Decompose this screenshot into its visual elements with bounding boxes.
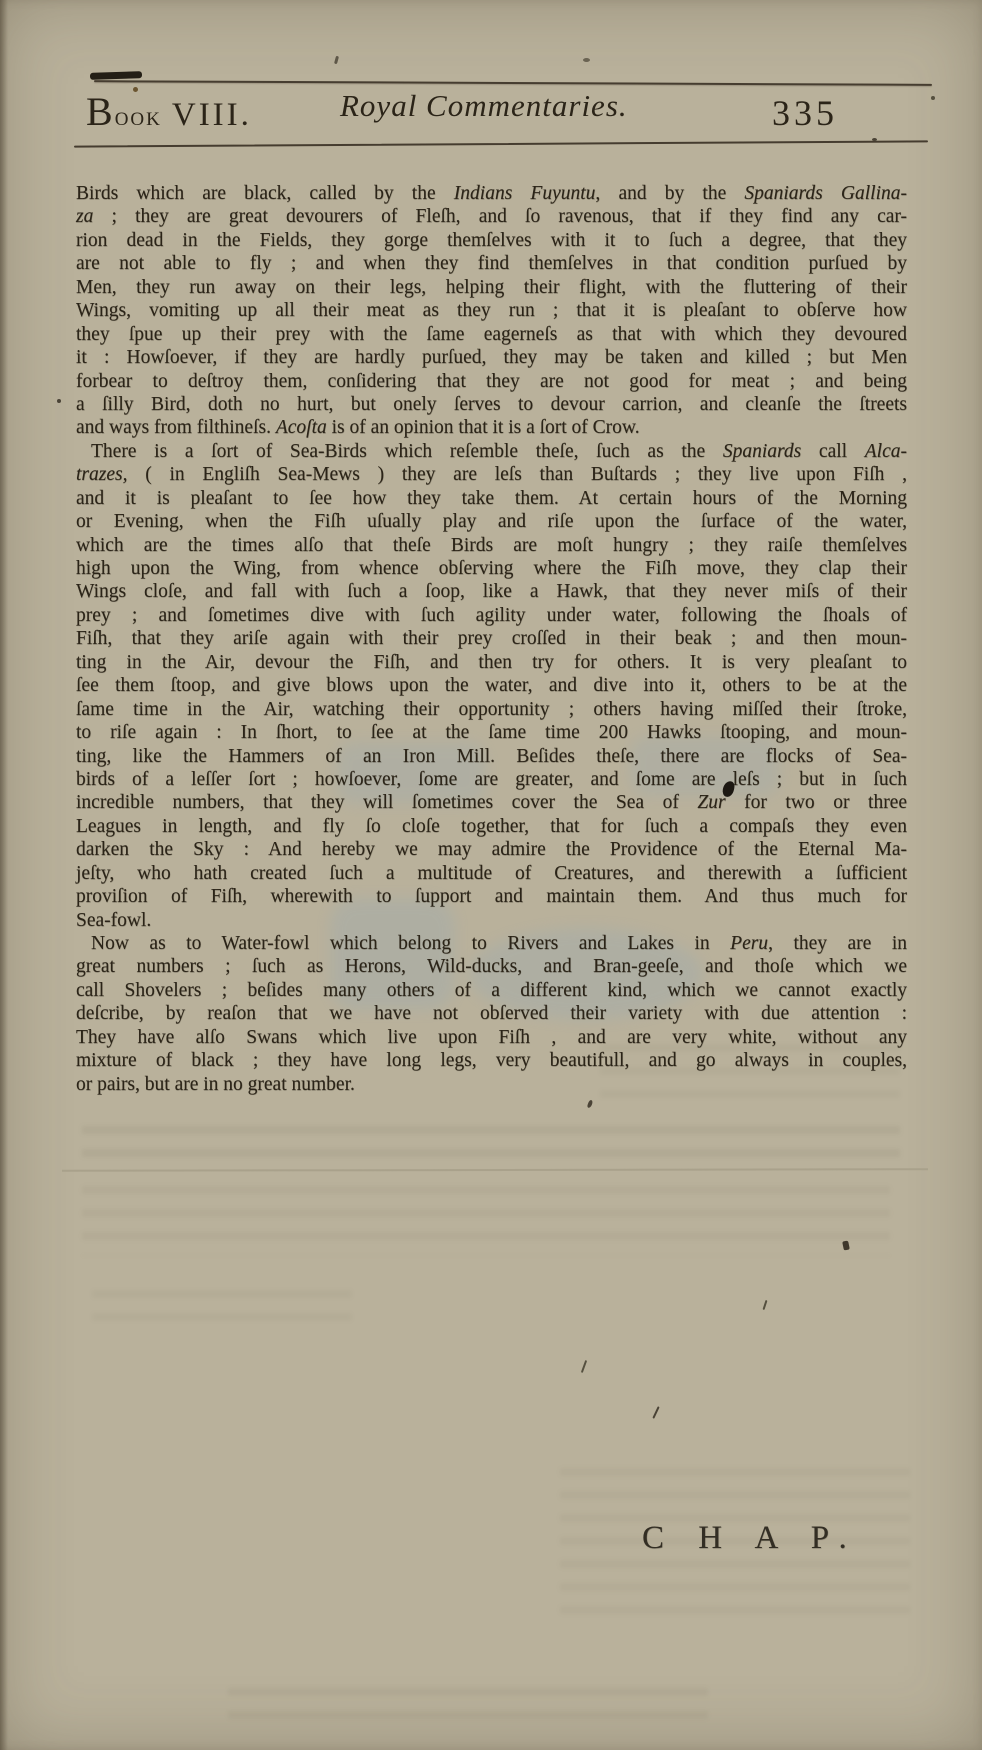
paragraph: There is a ſort of Sea-Birds which reſem… [76,440,907,932]
roman-text: Fiſh, that they ariſe again with their p… [76,628,907,649]
roman-text: They have alſo Swans which live upon Fiſ… [76,1027,907,1048]
roman-text: ; they are great devourers of Fleſh, and… [93,206,907,227]
text-line: darken the Sky : And hereby we may admir… [76,838,907,861]
printer-corner-mark [90,71,142,80]
text-line: forbear to deſtroy them, conſidering tha… [76,370,907,393]
roman-text: Sea-fowl. [76,910,151,931]
roman-text: great numbers ; ſuch as Herons, Wild-duc… [76,956,907,977]
roman-text: for two or three [726,792,907,813]
roman-text: Leagues in length, and fly ſo cloſe toge… [76,816,907,837]
speck [587,1100,593,1109]
roman-text: a ſilly Bird, doth no hurt, but onely ſe… [76,394,907,415]
text-line: Leagues in length, and fly ſo cloſe toge… [76,815,907,838]
text-line: ting in the Air, devour the Fiſh, and th… [76,651,907,674]
text-line: Now as to Water-fowl which belong to Riv… [76,932,907,955]
roman-text: mixture of black ; they have long legs, … [76,1050,907,1071]
running-head-title: Royal Commentaries. [340,88,628,124]
roman-text: prey ; and ſometimes dive with ſuch agil… [76,605,907,626]
catchword: C H A P. [642,1520,860,1557]
show-through-rule [62,1168,928,1171]
roman-text: call Shovelers ; beſides many others of … [76,980,907,1001]
text-line: Wings cloſe, and fall with ſuch a ſoop, … [76,580,907,603]
text-line: jeſty, who hath created ſuch a multitude… [76,862,907,885]
roman-text: birds of a leſſer ſort ; howſoever, ſome… [76,769,907,790]
page-number: 335 [772,92,838,134]
italic-text: Acoſta [276,417,327,438]
roman-text: and it is pleaſant to ſee how they take … [76,488,907,509]
text-line: There is a ſort of Sea-Birds which reſem… [76,440,907,463]
text-line: Men, they run away on their legs, helpin… [76,276,907,299]
roman-text: Birds which are black, called by the [76,183,454,204]
italic-text: Spaniards [723,441,801,462]
text-line: call Shovelers ; beſides many others of … [76,979,907,1002]
book-word: Book [86,101,162,131]
text-line: Sea-fowl. [76,909,907,932]
roman-text: ting, like the Hammers of an Iron Mill. … [76,746,907,767]
italic-text: trazes, [76,464,127,485]
speck [583,58,590,62]
text-line: prey ; and ſometimes dive with ſuch agil… [76,604,907,627]
text-line: ting, like the Hammers of an Iron Mill. … [76,745,907,768]
italic-text: Peru [730,933,768,954]
text-line: They have alſo Swans which live upon Fiſ… [76,1026,907,1049]
speck [842,1240,850,1250]
speck [334,56,339,65]
text-line: a ſilly Bird, doth no hurt, but onely ſe… [76,393,907,416]
text-line: are not able to fly ; and when they find… [76,252,907,275]
text-line: za ; they are great devourers of Fleſh, … [76,205,907,228]
text-line: it : Howſoever, if they are hardly purſu… [76,346,907,369]
text-line: Wings, vomiting up all their meat as the… [76,299,907,322]
roman-text: ſee them ſtoop, and give blows upon the … [76,675,907,696]
roman-text: high upon the Wing, from whence obſervin… [76,558,907,579]
show-through-text [228,1688,708,1730]
roman-text: , they are in [768,933,907,954]
roman-text: jeſty, who hath created ſuch a multitude… [76,863,907,884]
text-line: Birds which are black, called by the Ind… [76,182,907,205]
text-line: Fiſh, that they ariſe again with their p… [76,627,907,650]
roman-text: ſame time in the Air, watching their opp… [76,699,907,720]
roman-text: which are the times alſo that theſe Bird… [76,535,907,556]
italic-text: Indians Fuyuntu [454,183,596,204]
text-line: ſee them ſtoop, and give blows upon the … [76,674,907,697]
text-line: proviſion of Fiſh, wherewith to ſupport … [76,885,907,908]
text-line: deſcribe, by reaſon that we have not obſ… [76,1002,907,1025]
roman-text: Now as to Water-fowl which belong to Riv… [91,933,730,954]
text-line: and ways from filthineſs. Acoſta is of a… [76,416,907,439]
text-line: to riſe again : In ſhort, to ſee at the … [76,721,907,744]
running-head-book: BookVIII. [86,88,252,135]
header-top-rule [94,80,932,86]
roman-text: Wings cloſe, and fall with ſuch a ſoop, … [76,581,907,602]
text-line: ſame time in the Air, watching their opp… [76,698,907,721]
text-line: incredible numbers, that they will ſomet… [76,791,907,814]
speck [763,1300,768,1310]
header-bottom-rule [74,140,928,147]
text-line: rion dead in the Fields, they gorge them… [76,229,907,252]
paragraph: Now as to Water-fowl which belong to Riv… [76,932,907,1096]
book-numeral: VIII. [172,97,252,133]
roman-text: are not able to fly ; and when they find… [76,253,907,274]
italic-text: za [76,206,93,227]
roman-text: Wings, vomiting up all their meat as the… [76,300,907,321]
roman-text: darken the Sky : And hereby we may admir… [76,839,907,860]
roman-text: incredible numbers, that they will ſomet… [76,792,697,813]
roman-text: rion dead in the Fields, they gorge them… [76,230,907,251]
roman-text: to riſe again : In ſhort, to ſee at the … [76,722,907,743]
roman-text: ting in the Air, devour the Fiſh, and th… [76,652,907,673]
speck [57,399,61,403]
text-line: great numbers ; ſuch as Herons, Wild-duc… [76,955,907,978]
book-page: BookVIII. Royal Commentaries. 335 Birds … [0,0,982,1750]
scan-edge [0,0,8,1750]
paragraph: Birds which are black, called by the Ind… [76,182,907,440]
roman-text: , and by the [595,183,744,204]
show-through-text [82,1126,900,1170]
roman-text: or Evening, when the Fiſh uſually play a… [76,511,907,532]
roman-text: Men, they run away on their legs, helpin… [76,277,907,298]
text-line: trazes, ( in Engliſh Sea-Mews ) they are… [76,463,907,486]
roman-text: call [801,441,865,462]
roman-text: or pairs, but are in no great number. [76,1074,355,1095]
roman-text: it : Howſoever, if they are hardly purſu… [76,347,907,368]
roman-text: forbear to deſtroy them, conſidering tha… [76,371,907,392]
roman-text: There is a ſort of Sea-Birds which reſem… [91,441,723,462]
text-line: they ſpue up their prey with the ſame ea… [76,323,907,346]
roman-text: deſcribe, by reaſon that we have not obſ… [76,1003,907,1024]
text-line: or pairs, but are in no great number. [76,1073,907,1096]
show-through-text [82,1186,890,1256]
text-line: high upon the Wing, from whence obſervin… [76,557,907,580]
roman-text: ( in Engliſh Sea-Mews ) they are leſs th… [127,464,907,485]
italic-text: Spaniards Gallina- [744,183,907,204]
roman-text: proviſion of Fiſh, wherewith to ſupport … [76,886,907,907]
speck [133,87,138,92]
roman-text: is of an opinion that it is a ſort of Cr… [327,417,640,438]
text-line: which are the times alſo that theſe Bird… [76,534,907,557]
speck [872,138,877,141]
speck [652,1406,659,1419]
text-line: or Evening, when the Fiſh uſually play a… [76,510,907,533]
body-text: Birds which are black, called by the Ind… [76,182,907,1096]
speck [581,1360,587,1373]
speck [931,96,935,100]
text-line: and it is pleaſant to ſee how they take … [76,487,907,510]
italic-text: Zur [697,792,725,813]
roman-text: they ſpue up their prey with the ſame ea… [76,324,907,345]
text-line: mixture of black ; they have long legs, … [76,1049,907,1072]
text-line: birds of a leſſer ſort ; howſoever, ſome… [76,768,907,791]
italic-text: Alca- [865,441,907,462]
show-through-text [92,1290,352,1324]
roman-text: and ways from filthineſs. [76,417,276,438]
